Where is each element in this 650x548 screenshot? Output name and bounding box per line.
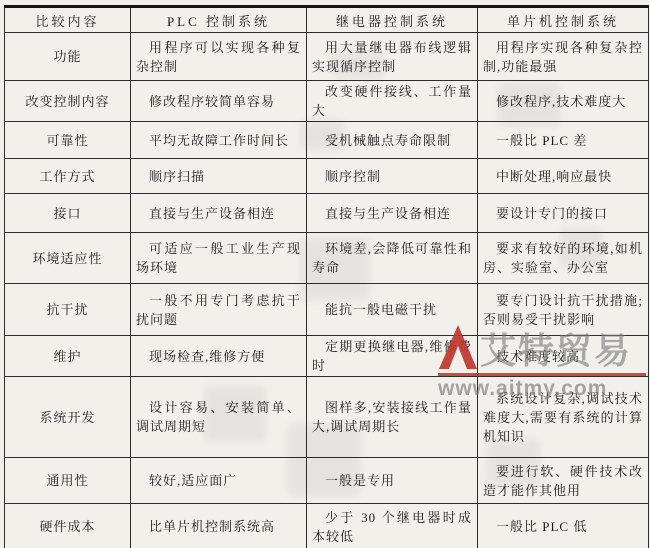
comparison-cell: 要求有较好的环境,如机房、实验室、办公室 xyxy=(478,233,649,284)
comparison-cell: 要进行软、硬件技术改造才能作其他用 xyxy=(478,458,649,504)
comparison-cell: 平均无故障工作时间长 xyxy=(131,122,307,159)
comparison-cell: 设计容易、安装简单、调试周期短 xyxy=(131,377,307,458)
header-relay-system: 继电器控制系统 xyxy=(307,7,478,33)
table-row: 功能用程序可以实现各种复杂控制用大量继电器布线逻辑实现循序控制用程序实现各种复杂… xyxy=(5,33,649,81)
row-label-cell: 通用性 xyxy=(5,458,131,504)
comparison-cell: 直接与生产设备相连 xyxy=(131,194,307,233)
comparison-cell: 改变硬件接线、工作量大 xyxy=(307,81,478,122)
row-label-cell: 功能 xyxy=(5,33,131,81)
comparison-cell: 定期更换继电器,维修费时 xyxy=(307,336,478,377)
comparison-cell: 用程序实现各种复杂控制,功能最强 xyxy=(478,33,649,81)
comparison-cell: 受机械触点寿命限制 xyxy=(307,122,478,159)
table-body: 功能用程序可以实现各种复杂控制用大量继电器布线逻辑实现循序控制用程序实现各种复杂… xyxy=(5,33,649,548)
table-row: 维护现场检查,维修方便定期更换继电器,维修费时技术难度较高 xyxy=(5,336,649,377)
comparison-table: 比较内容 PLC 控制系统 继电器控制系统 单片机控制系统 功能用程序可以实现各… xyxy=(4,5,649,548)
row-label-cell: 维护 xyxy=(5,336,131,377)
row-label-cell: 抗干扰 xyxy=(5,284,131,336)
table-row: 环境适应性可适应一般工业生产现场环境环境差,会降低可靠性和寿命要求有较好的环境,… xyxy=(5,233,649,284)
comparison-cell: 用大量继电器布线逻辑实现循序控制 xyxy=(307,33,478,81)
table-row: 抗干扰一般不用专门考虑抗干扰问题能抗一般电磁干扰要专门设计抗干扰措施;否则易受干… xyxy=(5,284,649,336)
comparison-cell: 中断处理,响应最快 xyxy=(478,159,649,194)
table-row: 通用性较好,适应面广一般是专用要进行软、硬件技术改造才能作其他用 xyxy=(5,458,649,504)
table-row: 可靠性平均无故障工作时间长受机械触点寿命限制一般比 PLC 差 xyxy=(5,122,649,159)
comparison-cell: 图样多,安装接线工作量大,调试周期长 xyxy=(307,377,478,458)
row-label-cell: 可靠性 xyxy=(5,122,131,159)
comparison-cell: 顺序扫描 xyxy=(131,159,307,194)
table-row: 接口直接与生产设备相连直接与生产设备相连要设计专门的接口 xyxy=(5,194,649,233)
scanned-page: 比较内容 PLC 控制系统 继电器控制系统 单片机控制系统 功能用程序可以实现各… xyxy=(0,0,650,548)
comparison-cell: 一般不用专门考虑抗干扰问题 xyxy=(131,284,307,336)
comparison-cell: 可适应一般工业生产现场环境 xyxy=(131,233,307,284)
comparison-cell: 一般是专用 xyxy=(307,458,478,504)
comparison-cell: 少于 30 个继电器时成本较低 xyxy=(307,504,478,548)
comparison-cell: 环境差,会降低可靠性和寿命 xyxy=(307,233,478,284)
header-compare-item: 比较内容 xyxy=(5,7,131,33)
table-row: 工作方式顺序扫描顺序控制中断处理,响应最快 xyxy=(5,159,649,194)
row-label-cell: 改变控制内容 xyxy=(5,81,131,122)
row-label-cell: 系统开发 xyxy=(5,377,131,458)
comparison-cell: 顺序控制 xyxy=(307,159,478,194)
table-row: 改变控制内容修改程序较简单容易改变硬件接线、工作量大修改程序,技术难度大 xyxy=(5,81,649,122)
row-label-cell: 接口 xyxy=(5,194,131,233)
comparison-cell: 比单片机控制系统高 xyxy=(131,504,307,548)
comparison-cell: 较好,适应面广 xyxy=(131,458,307,504)
comparison-cell: 修改程序,技术难度大 xyxy=(478,81,649,122)
comparison-cell: 修改程序较简单容易 xyxy=(131,81,307,122)
header-row: 比较内容 PLC 控制系统 继电器控制系统 单片机控制系统 xyxy=(5,7,649,33)
comparison-cell: 直接与生产设备相连 xyxy=(307,194,478,233)
comparison-cell: 现场检查,维修方便 xyxy=(131,336,307,377)
header-mcu-system: 单片机控制系统 xyxy=(478,7,649,33)
table-row: 硬件成本比单片机控制系统高少于 30 个继电器时成本较低一般比 PLC 低 xyxy=(5,504,649,548)
comparison-cell: 要设计专门的接口 xyxy=(478,194,649,233)
comparison-cell: 用程序可以实现各种复杂控制 xyxy=(131,33,307,81)
row-label-cell: 硬件成本 xyxy=(5,504,131,548)
comparison-cell: 技术难度较高 xyxy=(478,336,649,377)
row-label-cell: 环境适应性 xyxy=(5,233,131,284)
row-label-cell: 工作方式 xyxy=(5,159,131,194)
table-row: 系统开发设计容易、安装简单、调试周期短图样多,安装接线工作量大,调试周期长系统设… xyxy=(5,377,649,458)
comparison-cell: 要专门设计抗干扰措施;否则易受干扰影响 xyxy=(478,284,649,336)
header-plc-system: PLC 控制系统 xyxy=(131,7,307,33)
comparison-cell: 一般比 PLC 差 xyxy=(478,122,649,159)
comparison-cell: 系统设计复杂,调试技术难度大,需要有系统的计算机知识 xyxy=(478,377,649,458)
comparison-cell: 一般比 PLC 低 xyxy=(478,504,649,548)
comparison-cell: 能抗一般电磁干扰 xyxy=(307,284,478,336)
